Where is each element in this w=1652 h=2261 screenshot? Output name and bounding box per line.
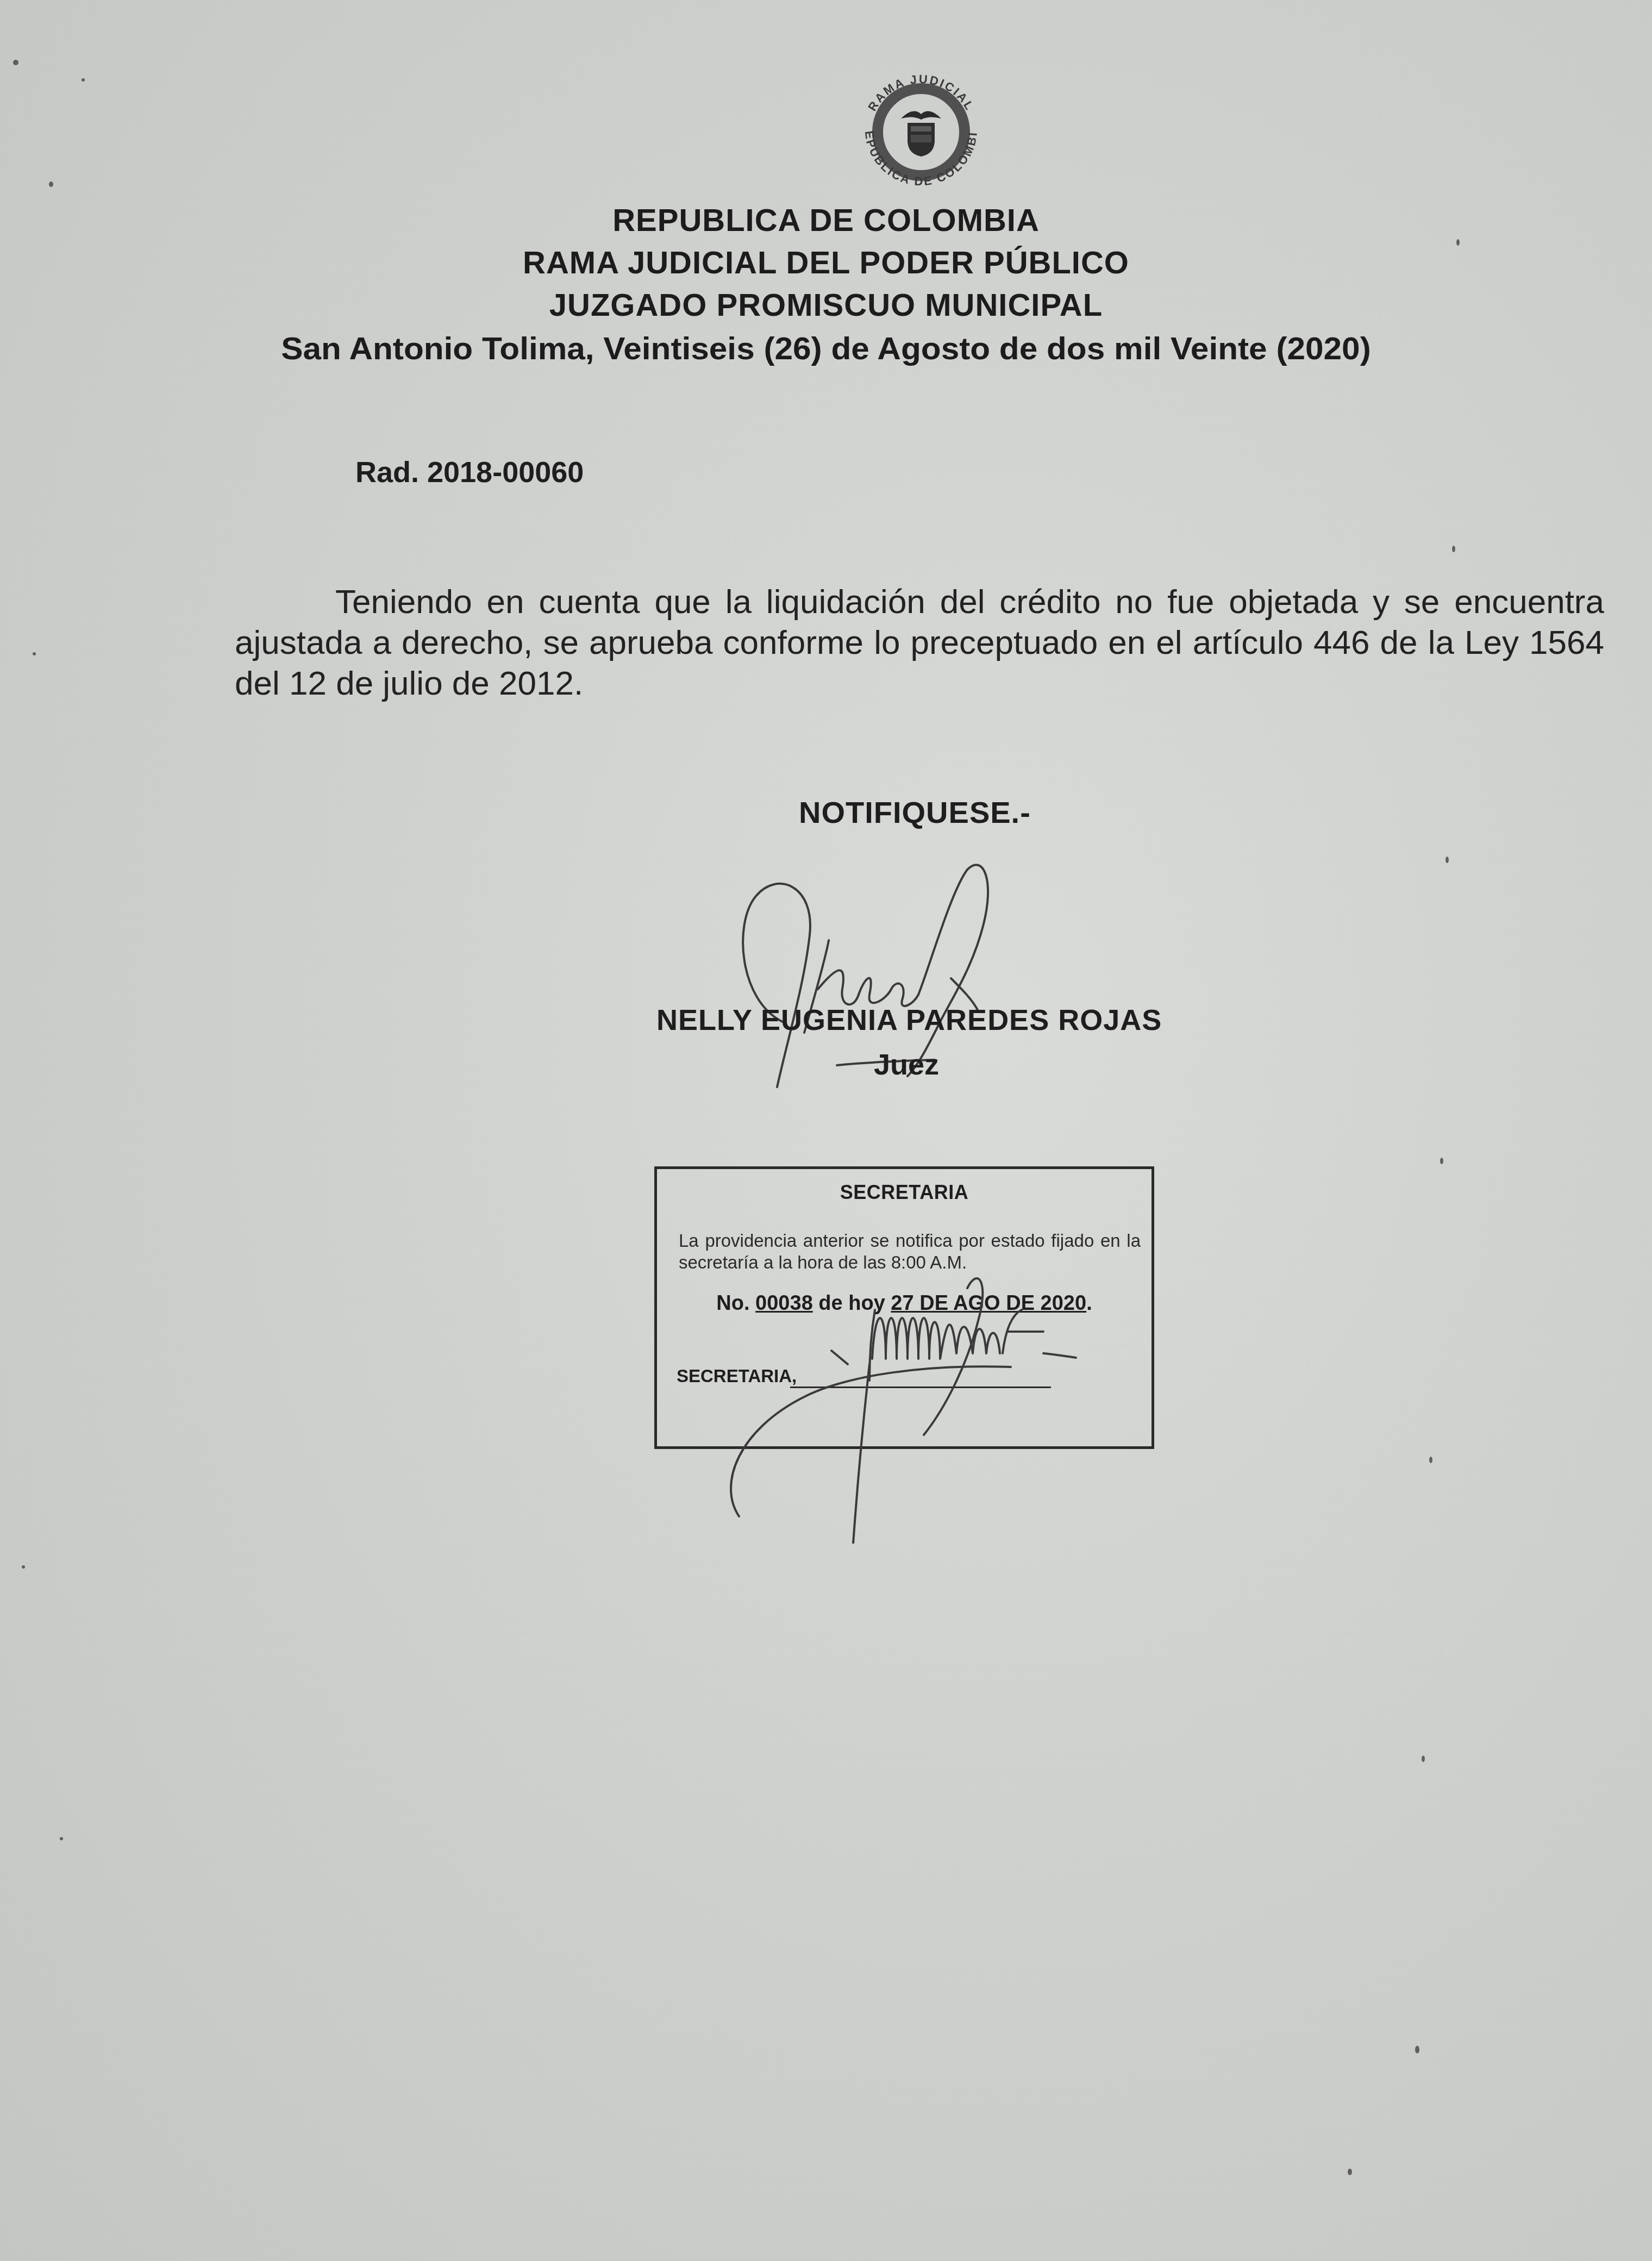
paper-speck	[1440, 1158, 1443, 1164]
colombia-coat-of-arms-seal-icon: RAMA JUDICIAL REPUBLICA DE COLOMBIA	[848, 64, 994, 200]
ruling-text: Teniendo en cuenta que la liquidación de…	[235, 582, 1604, 704]
paper-speck	[1422, 1756, 1425, 1762]
paper-speck	[13, 60, 18, 65]
document-page: RAMA JUDICIAL REPUBLICA DE COLOMBIA REPU…	[0, 0, 1652, 2261]
paper-speck	[1429, 1457, 1432, 1463]
handwritten-signature-icon	[706, 1272, 1157, 1544]
paper-speck	[1415, 2046, 1419, 2053]
paper-speck	[1452, 546, 1455, 552]
header-country: REPUBLICA DE COLOMBIA	[0, 202, 1652, 239]
secretaria-notice-text: La providencia anterior se notifica por …	[679, 1230, 1141, 1273]
paper-speck	[33, 652, 36, 655]
header-place-date: San Antonio Tolima, Veintiseis (26) de A…	[0, 330, 1652, 367]
paper-speck	[1348, 2169, 1352, 2175]
paper-speck	[82, 78, 85, 82]
header-court: JUZGADO PROMISCUO MUNICIPAL	[0, 287, 1652, 323]
secretaria-title: SECRETARIA	[657, 1181, 1152, 1204]
paper-speck	[1445, 857, 1449, 863]
paper-speck	[60, 1837, 63, 1840]
closing-notice: NOTIFIQUESE.-	[799, 795, 1031, 830]
paper-speck	[49, 182, 53, 187]
signer-title: Juez	[874, 1048, 939, 1082]
signer-name: NELLY EUGENIA PAREDES ROJAS	[656, 1003, 1162, 1037]
paper-speck	[22, 1565, 25, 1569]
case-number: Rad. 2018-00060	[355, 455, 584, 489]
header-branch: RAMA JUDICIAL DEL PODER PÚBLICO	[0, 245, 1652, 281]
